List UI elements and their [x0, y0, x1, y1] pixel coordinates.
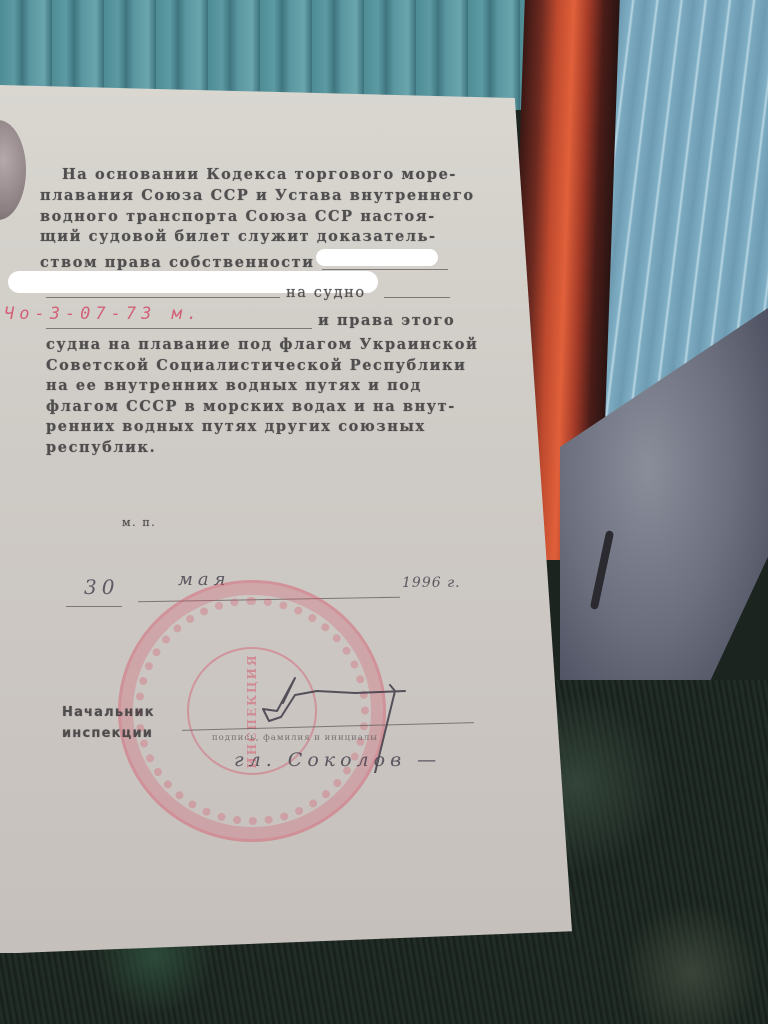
text-line: водного транспорта Союза ССР настоя-	[40, 207, 475, 228]
text-line: на ее внутренних водных путях и под	[46, 376, 478, 397]
text-line: щий судовой билет служит доказатель-	[40, 227, 475, 248]
redacted-field-1	[316, 249, 438, 266]
registration-blank-line	[46, 328, 312, 329]
paragraph-ownership-cont: плавания Союза ССР и Устава внутреннего …	[40, 186, 475, 248]
text-line: ренних водных путях других союзных	[46, 417, 478, 438]
registration-number-handwritten: Чо-3-07-73 м.	[4, 304, 202, 324]
document-page: На основании Кодекса торгового море- пла…	[0, 85, 572, 953]
date-year: 1996 г.	[402, 575, 461, 591]
date-day-handwritten: 30	[84, 575, 119, 599]
vessel-name-blank-line	[384, 297, 450, 298]
seal-place-label: м. п.	[122, 513, 156, 534]
signatory-title: Начальник инспекции	[62, 703, 155, 744]
text-line: судна на плавание под флагом Украинской	[46, 335, 478, 356]
date-day-line	[66, 606, 122, 607]
paragraph-ownership: На основании Кодекса торгового море-	[62, 165, 457, 186]
vessel-blank-line	[46, 297, 280, 298]
text-line: На основании Кодекса торгового море-	[62, 165, 457, 186]
on-vessel-label: на судно	[286, 283, 366, 304]
text-line: плавания Союза ССР и Устава внутреннего	[40, 186, 475, 207]
signer-name-handwritten: гл. Соколов —	[234, 749, 441, 771]
text-line: республик.	[46, 438, 478, 459]
text-line: Советской Социалистической Республики	[46, 356, 478, 377]
paragraph-navigation: судна на плавание под флагом Украинской …	[46, 335, 478, 458]
right-of-vessel-label: и права этого	[318, 311, 455, 332]
text-line: флагом СССР в морских водах и на внут-	[46, 397, 478, 418]
owner-blank-line	[322, 269, 448, 270]
